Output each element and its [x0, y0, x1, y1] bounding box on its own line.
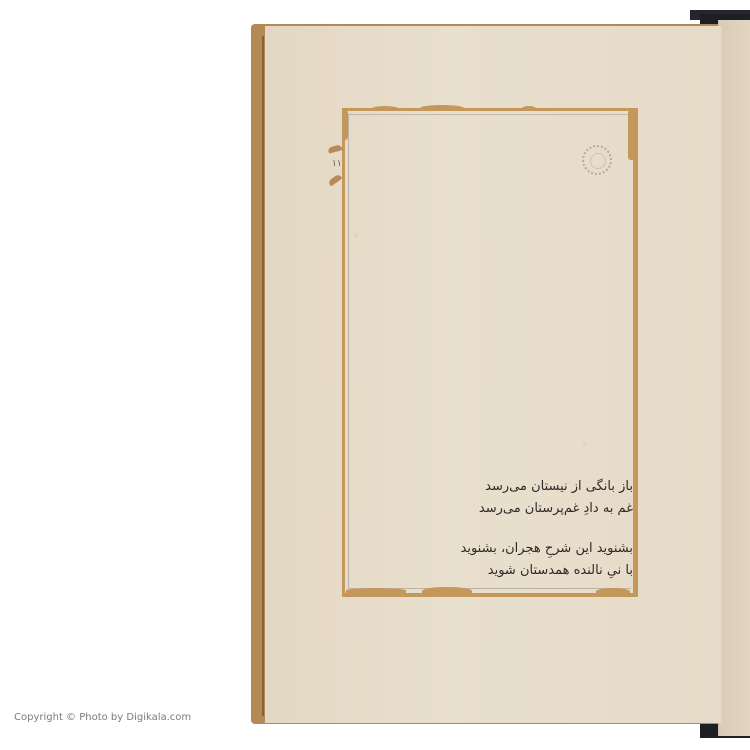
poem-stanza: بشنوید این شرحِ هجران، بشنوید با نیِ نال… [380, 538, 636, 582]
frame-blob [522, 106, 536, 111]
frame-blob [372, 106, 398, 111]
frame-blob [420, 105, 464, 111]
poem-text: باز بانگی از نیستان می‌رسد غم به دادِ غم… [380, 476, 636, 600]
page-edge-line [262, 36, 264, 716]
swash-bottom-icon [328, 174, 343, 187]
frame-blob [342, 110, 348, 140]
rosette-stamp-icon [582, 145, 612, 175]
frame-blob [628, 110, 636, 160]
copyright-notice: Copyright © Photo by Digikala.com [14, 712, 191, 723]
poem-stanza: باز بانگی از نیستان می‌رسد غم به دادِ غم… [380, 476, 636, 520]
poem-line: باز بانگی از نیستان می‌رسد [380, 476, 636, 498]
adjacent-page [718, 20, 750, 736]
poem-line: با نیِ نالنده همدستان شوید [380, 560, 636, 582]
page-number: ١١ [332, 159, 342, 169]
poem-line: غم به دادِ غم‌پرستان می‌رسد [380, 498, 636, 520]
open-book: ١١ باز بانگی از نیستان می‌رسد غم به دادِ… [0, 0, 750, 750]
ornamental-page-marker-icon: ١١ [328, 143, 348, 193]
poem-line: بشنوید این شرحِ هجران، بشنوید [380, 538, 636, 560]
swash-top-icon [327, 144, 342, 153]
